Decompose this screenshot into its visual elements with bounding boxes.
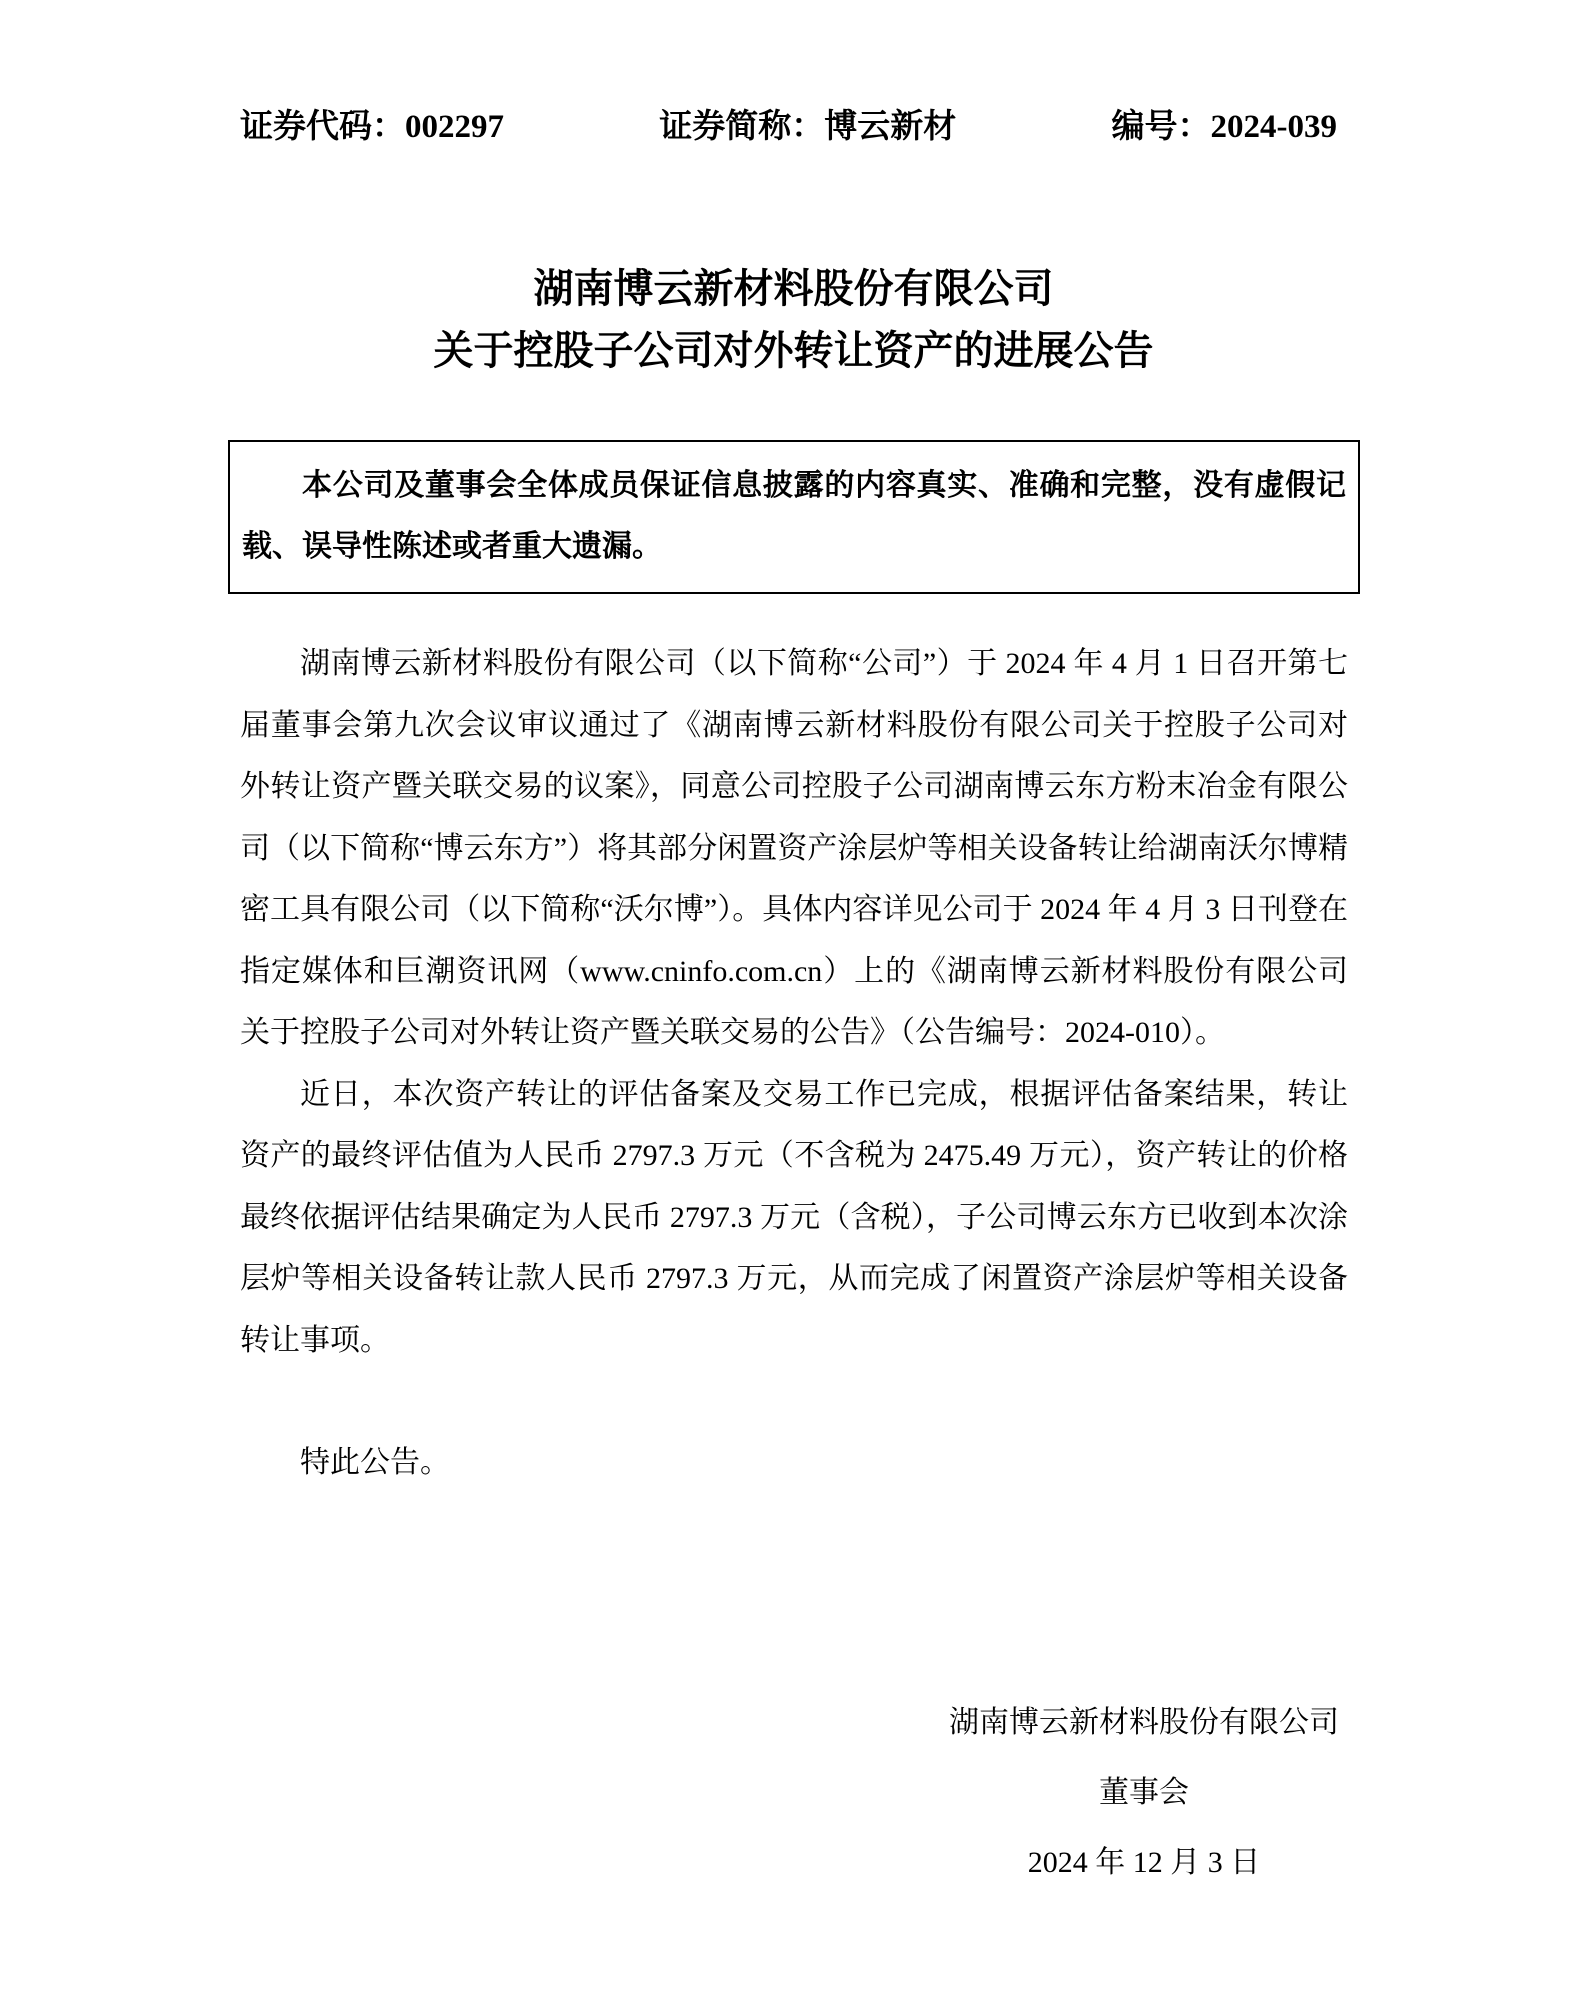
announcement-title: 关于控股子公司对外转让资产的进展公告 (0, 326, 1587, 376)
announcement-body: 湖南博云新材料股份有限公司（以下简称“公司”）于 2024 年 4 月 1 日召… (240, 633, 1348, 1494)
body-paragraph-2: 近日，本次资产转让的评估备案及交易工作已完成，根据评估备案结果，转让资产的最终评… (240, 1064, 1348, 1372)
signature-board: 董事会 (938, 1758, 1350, 1828)
announcement-page: 证券代码：002297 证券简称：博云新材 编号：2024-039 湖南博云新材… (0, 0, 1587, 2000)
signature-date: 2024 年 12 月 3 日 (938, 1828, 1350, 1898)
signature-block: 湖南博云新材料股份有限公司 董事会 2024 年 12 月 3 日 (938, 1688, 1350, 1898)
signature-company: 湖南博云新材料股份有限公司 (938, 1688, 1350, 1758)
body-paragraph-1: 湖南博云新材料股份有限公司（以下简称“公司”）于 2024 年 4 月 1 日召… (240, 633, 1348, 1064)
company-title: 湖南博云新材料股份有限公司 (0, 264, 1587, 314)
announcement-number-label: 编号：2024-039 (1112, 106, 1338, 148)
securities-header-row: 证券代码：002297 证券简称：博云新材 编号：2024-039 (240, 106, 1337, 148)
stock-name-label: 证券简称：博云新材 (659, 106, 956, 148)
closing-statement: 特此公告。 (240, 1432, 1348, 1494)
disclaimer-box: 本公司及董事会全体成员保证信息披露的内容真实、准确和完整，没有虚假记载、误导性陈… (228, 440, 1360, 594)
stock-code-label: 证券代码：002297 (240, 106, 504, 148)
disclaimer-text: 本公司及董事会全体成员保证信息披露的内容真实、准确和完整，没有虚假记载、误导性陈… (242, 455, 1346, 577)
